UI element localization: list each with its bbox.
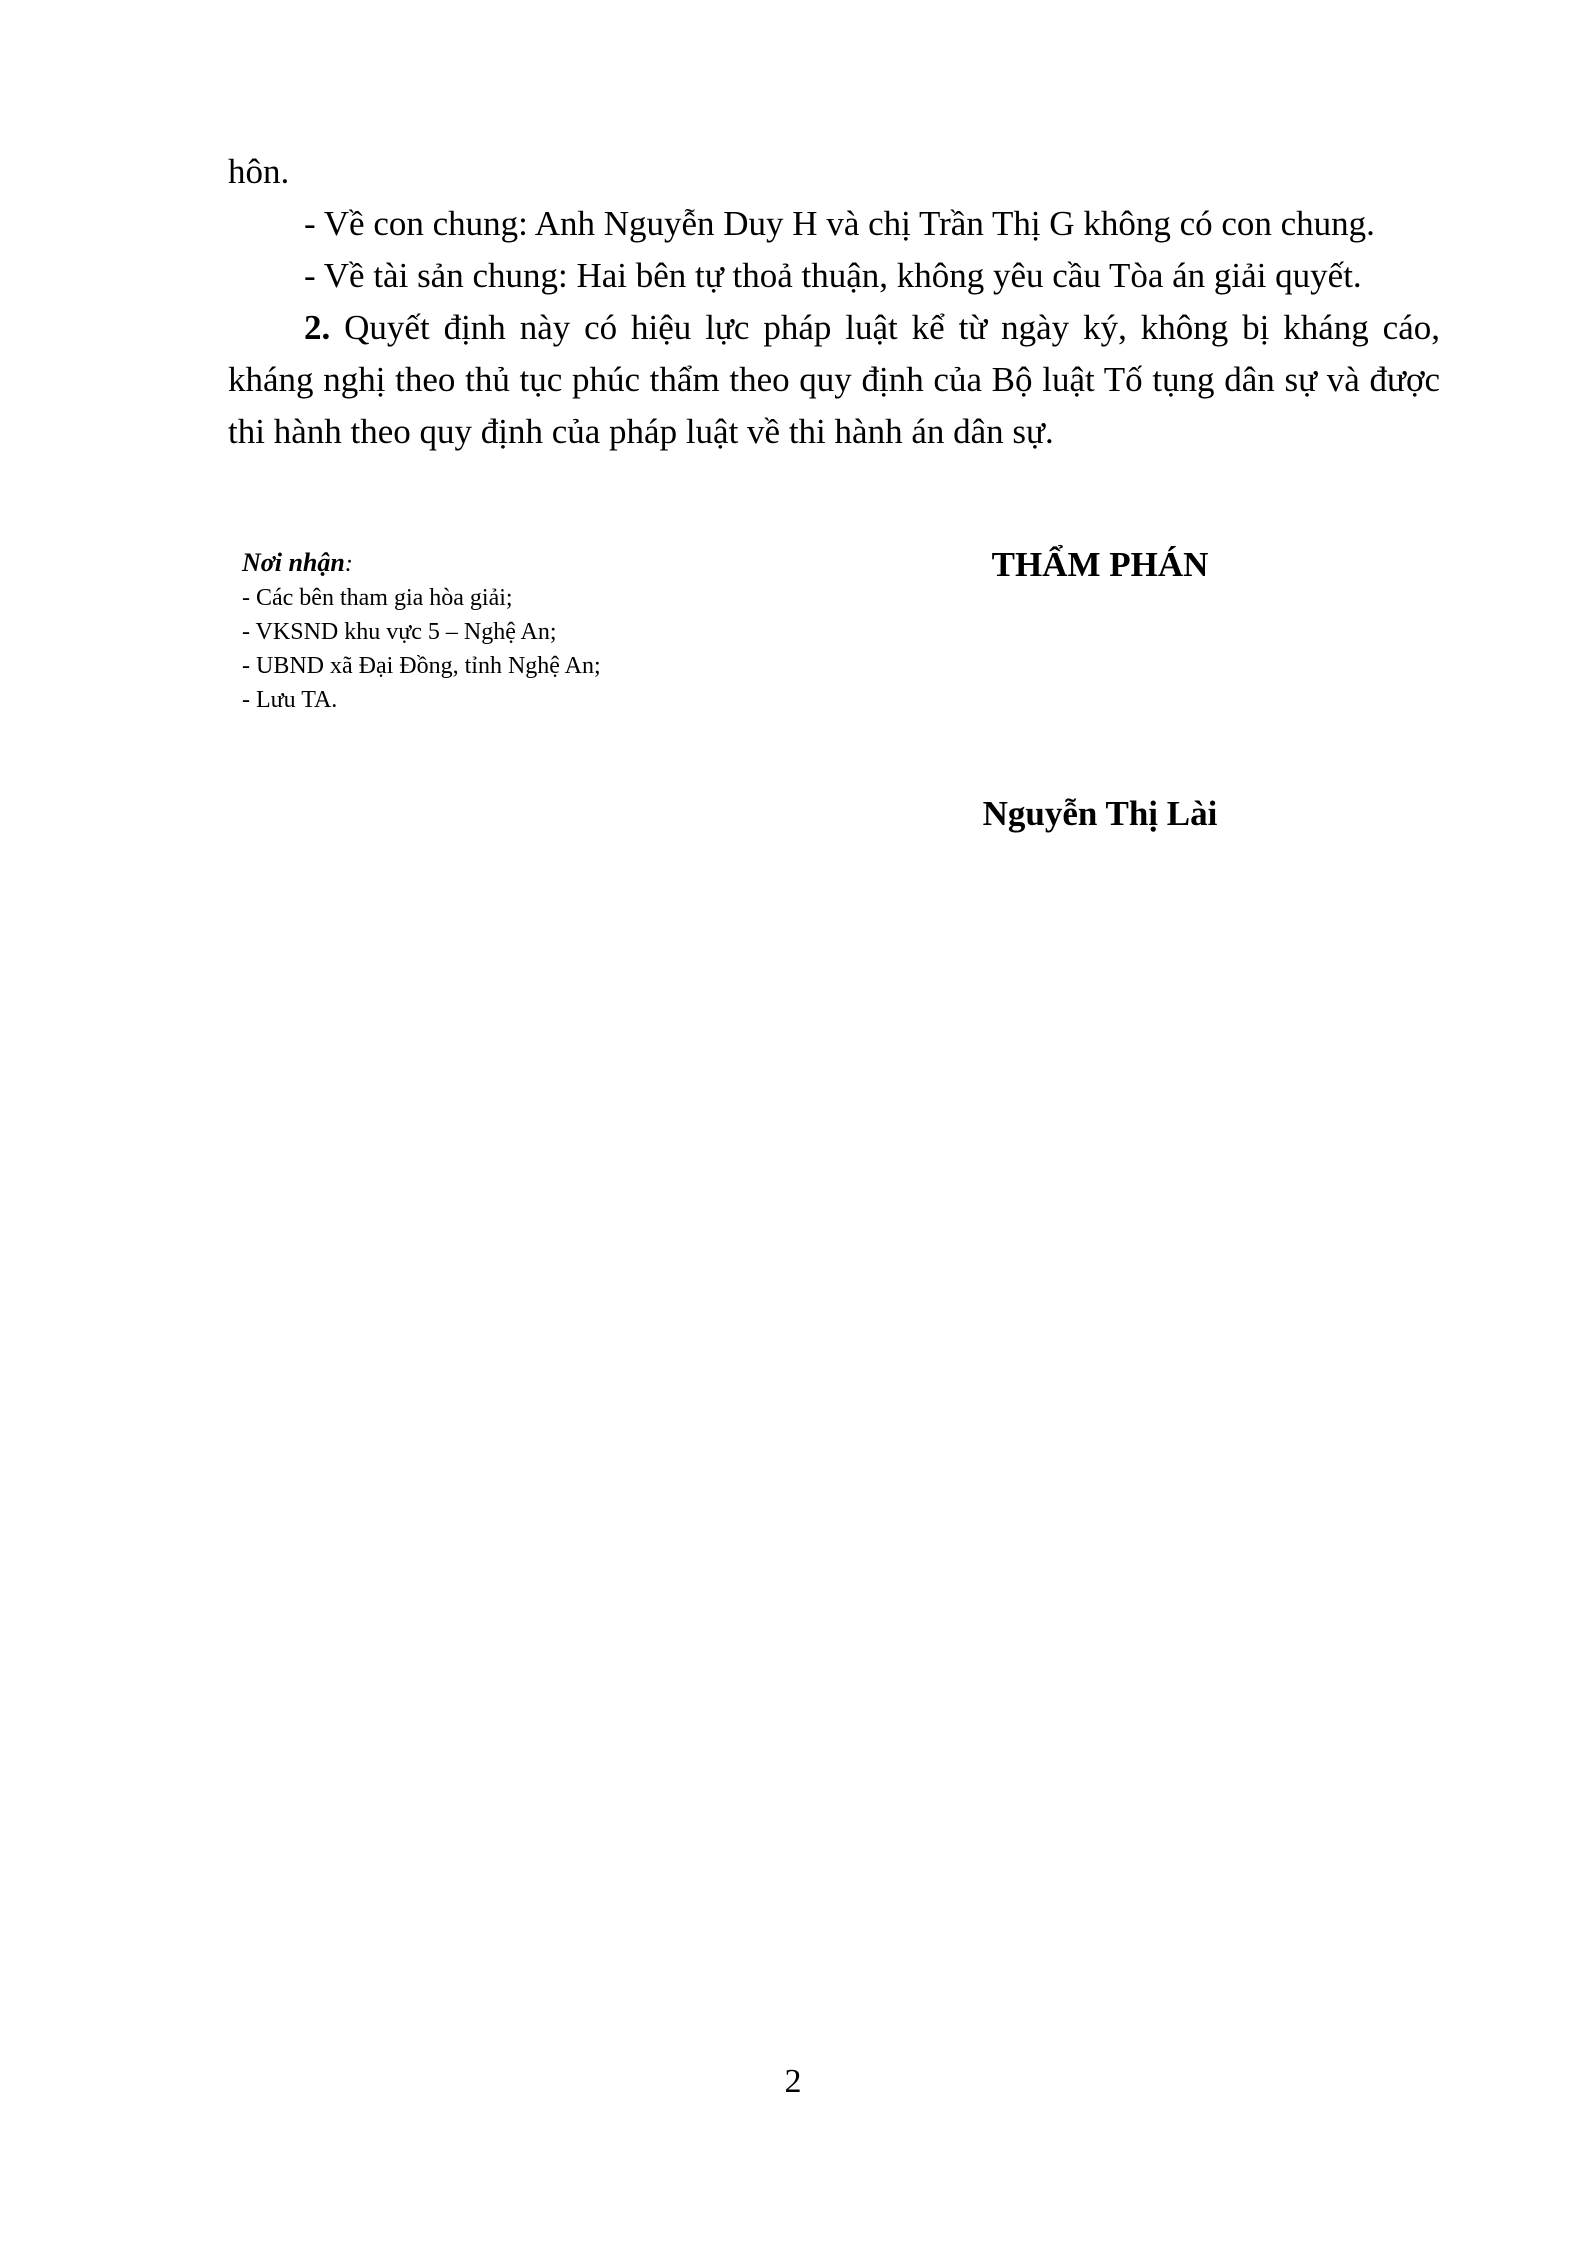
property-clause: - Về tài sản chung: Hai bên tự thoả thuậ… (228, 250, 1440, 302)
signer-name: Nguyễn Thị Lài (950, 793, 1250, 835)
recipients-heading-line: Nơi nhận: (242, 546, 601, 581)
signature-title: THẨM PHÁN (950, 544, 1250, 586)
recipients-block: Nơi nhận: - Các bên tham gia hòa giải; -… (242, 546, 601, 717)
recipients-heading: Nơi nhận (242, 548, 345, 577)
recipients-heading-colon: : (345, 551, 353, 577)
recipient-item: - Các bên tham gia hòa giải; (242, 581, 601, 615)
item-2-text: Quyết định này có hiệu lực pháp luật kể … (228, 308, 1440, 451)
child-clause: - Về con chung: Anh Nguyễn Duy H và chị … (228, 198, 1440, 250)
item-2-paragraph: 2. Quyết định này có hiệu lực pháp luật … (228, 302, 1440, 458)
document-page: hôn. - Về con chung: Anh Nguyễn Duy H và… (0, 0, 1586, 2244)
continuation-line: hôn. (228, 146, 1440, 198)
recipient-item: - UBND xã Đại Đồng, tỉnh Nghệ An; (242, 649, 601, 683)
recipient-item: - VKSND khu vực 5 – Nghệ An; (242, 615, 601, 649)
item-2-number: 2. (304, 308, 330, 347)
page-number: 2 (0, 2062, 1586, 2102)
document-body: hôn. - Về con chung: Anh Nguyễn Duy H và… (228, 146, 1440, 458)
recipients-list: - Các bên tham gia hòa giải; - VKSND khu… (242, 581, 601, 717)
recipient-item: - Lưu TA. (242, 683, 601, 717)
